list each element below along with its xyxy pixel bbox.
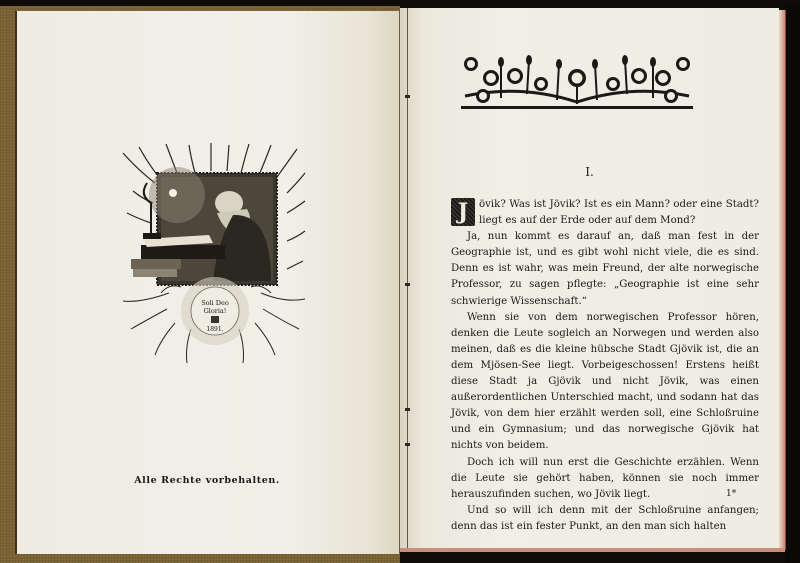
body-text: Jövik? Was ist Jövik? Ist es ein Mann? o… [451,197,759,535]
frontispiece-engraving: Soli Deo Gloria! 1891. [121,143,307,368]
signature-mark: 1* [726,489,736,499]
paragraph: Wenn sie von dem norwegischen Professor … [451,310,759,455]
page-edge-right [779,10,786,550]
paragraph: Ja, nun kommt es darauf an, daß man fest… [451,229,759,309]
paragraph: Und so will ich denn mit der Schloßruine… [451,503,759,535]
motto-line-2: Gloria! [204,307,227,315]
chapter-number: I. [400,165,779,179]
binding-stitch [405,408,410,411]
binding-stitch [405,95,410,98]
paragraph: Jövik? Was ist Jövik? Ist es ein Mann? o… [451,197,759,229]
drop-cap: J [451,198,475,226]
motto-line-1: Soli Deo [201,299,229,307]
binding-stitch [405,283,410,286]
binding-stitch [405,443,410,446]
scholar-engraving-icon: Soli Deo Gloria! 1891. [121,143,307,368]
background-dark [785,4,800,563]
paragraph: Doch ich will nun erst die Geschichte er… [451,455,759,503]
frontispiece-year: 1891. [206,326,223,333]
rights-notice: Alle Rechte vorbehalten. [15,475,399,486]
gutter-thread [407,8,408,548]
page-edge-bottom [400,548,785,552]
rose-vignette-icon [461,54,693,112]
floral-ornament [461,54,693,112]
